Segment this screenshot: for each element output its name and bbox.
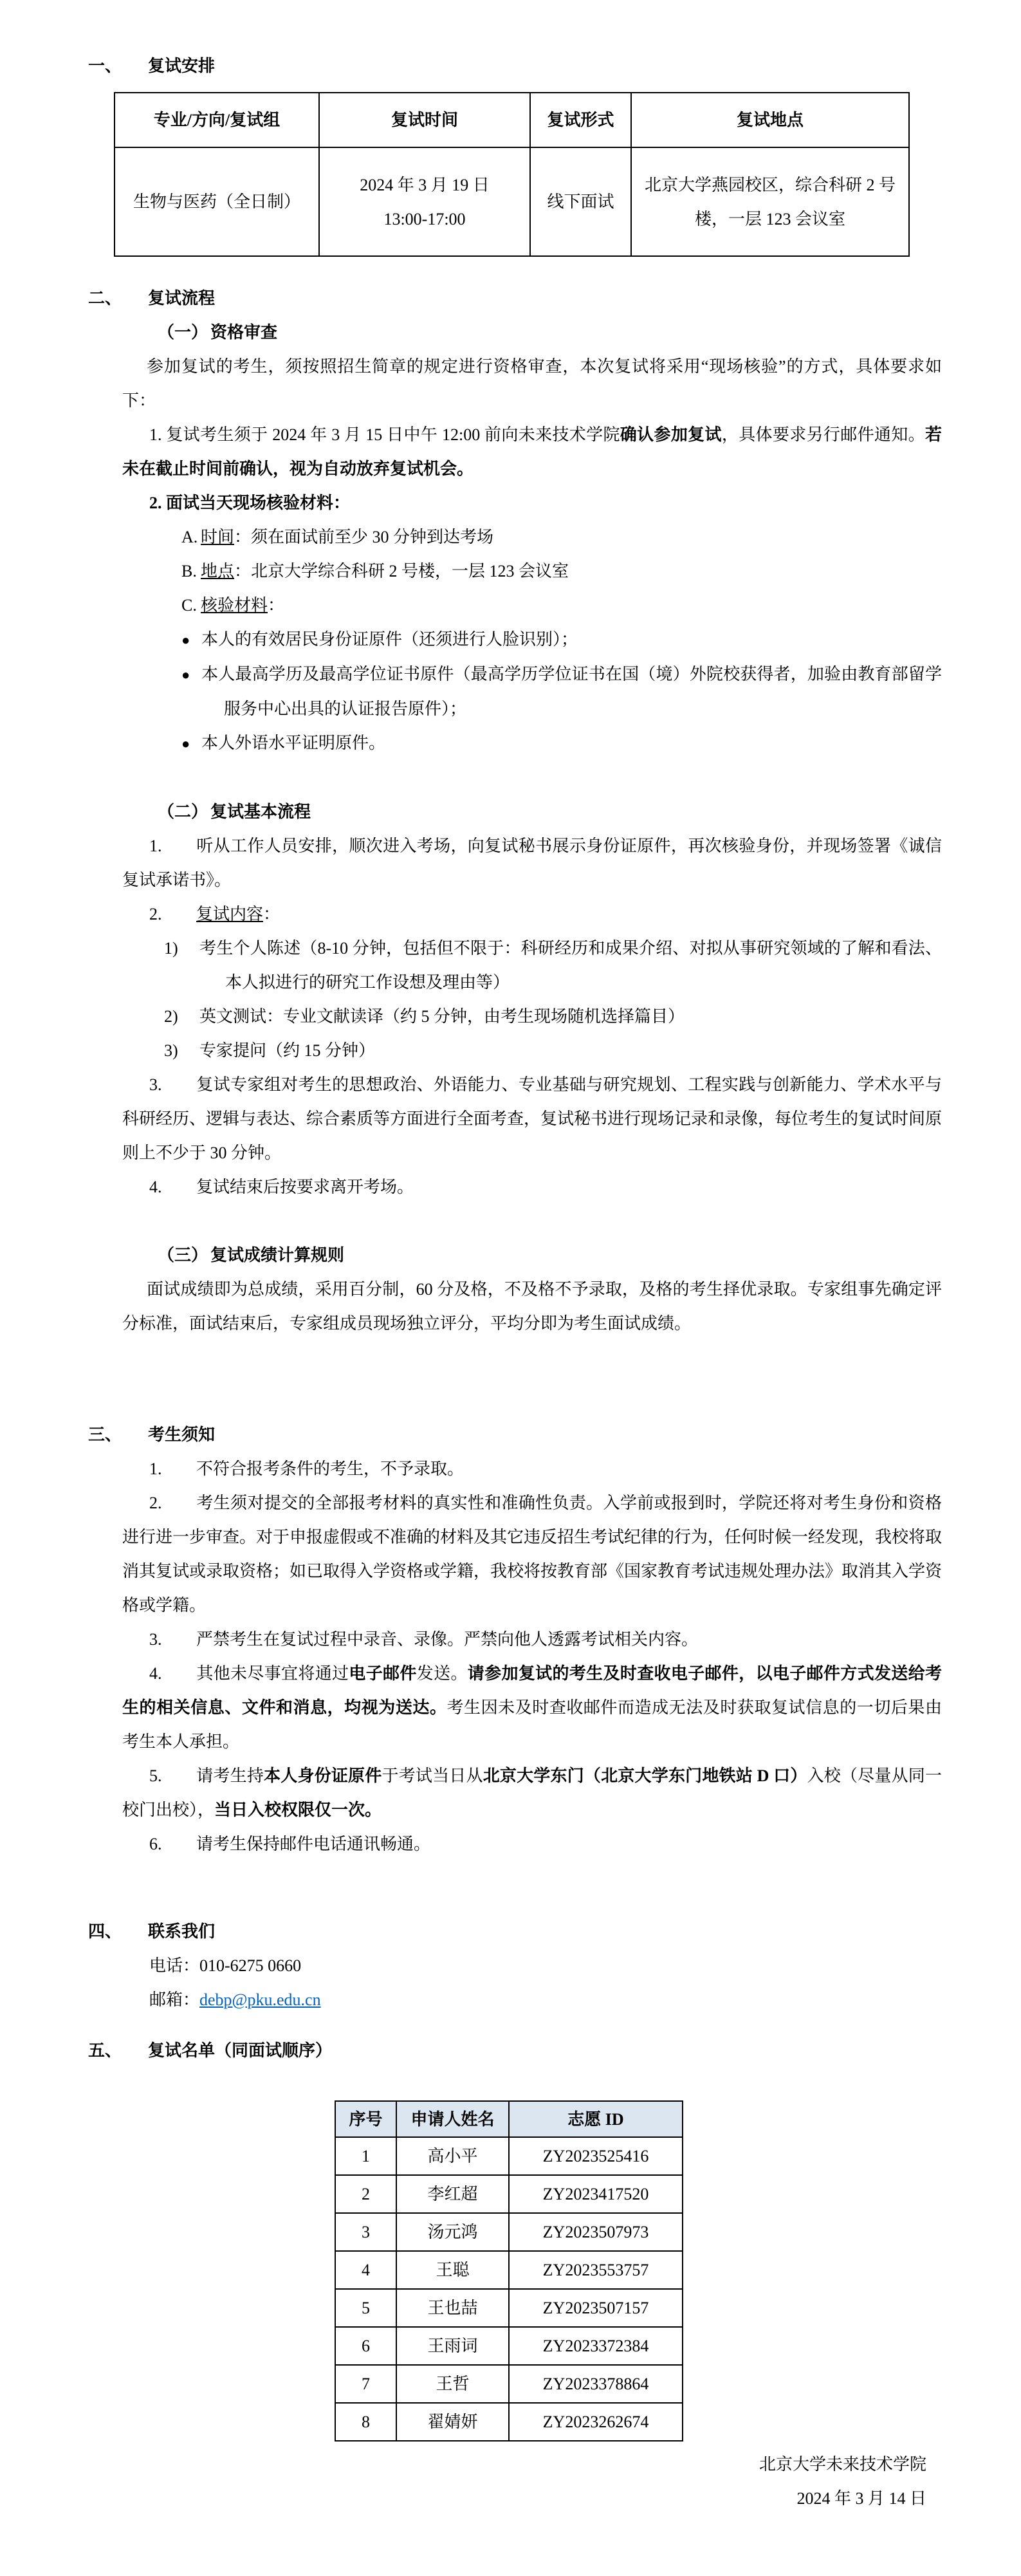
subheading-title: 资格审查 xyxy=(210,323,277,342)
table-header-row: 专业/方向/复试组 复试时间 复试形式 复试地点 xyxy=(115,93,909,147)
cell-id: ZY2023553757 xyxy=(509,2251,683,2289)
table-row: 生物与医药（全日制） 2024 年 3 月 19 日 13:00-17:00 线… xyxy=(115,147,909,256)
table-row: 3 汤元鸿 ZY2023507973 xyxy=(335,2213,683,2251)
subheading-number: （一） xyxy=(158,315,210,349)
item-text: 严禁考生在复试过程中录音、录像。严禁向他人透露考试相关内容。 xyxy=(196,1630,698,1649)
content-subitem-3: 3)专家提问（约 15 分钟） xyxy=(164,1033,942,1068)
heading-number: 三、 xyxy=(88,1418,148,1452)
interview-schedule-table: 专业/方向/复试组 复试时间 复试形式 复试地点 生物与医药（全日制） 2024… xyxy=(114,92,910,257)
table-row: 5 王也喆 ZY2023507157 xyxy=(335,2289,683,2327)
heading-interview-list: 五、复试名单（同面试顺序） xyxy=(88,2034,1021,2068)
subheading-qualification-review: （一）资格审查 xyxy=(158,315,1021,349)
item-text-bold: 电子邮件 xyxy=(349,1664,416,1683)
notice-item-5: 5.请考生持本人身份证原件于考试当日从北京大学东门（北京大学东门地铁站 D 口）… xyxy=(122,1759,942,1827)
material-bullet-3: ●本人外语水平证明原件。 xyxy=(181,726,942,761)
table-header-row: 序号 申请人姓名 志愿 ID xyxy=(335,2101,683,2137)
heading-contact-us: 四、联系我们 xyxy=(88,1914,1021,1949)
item-text-bold: 北京大学东门（北京大学东门地铁站 D 口） xyxy=(483,1766,807,1785)
footer-date: 2024 年 3 月 14 日 xyxy=(0,2481,926,2516)
cell-no: 4 xyxy=(335,2251,396,2289)
qualification-intro-paragraph: 参加复试的考生，须按照招生简章的规定进行资格审查，本次复试将采用“现场核验”的方… xyxy=(122,349,942,418)
process-item-3: 3.复试专家组对考生的思想政治、外语能力、专业基础与研究规划、工程实践与创新能力… xyxy=(122,1068,942,1170)
heading-title: 考生须知 xyxy=(148,1425,215,1444)
cell-no: 6 xyxy=(335,2327,396,2365)
item-text: 复试专家组对考生的思想政治、外语能力、专业基础与研究规划、工程实践与创新能力、学… xyxy=(122,1075,942,1162)
contact-email-line: 邮箱：debp@pku.edu.cn xyxy=(149,1983,1021,2017)
item-text: ：须在面试前至少 30 分钟到达考场 xyxy=(234,528,493,546)
item-marker: A. xyxy=(181,520,201,554)
material-bullet-2: ●本人最高学历及最高学位证书原件（最高学历学位证书在国（境）外院校获得者，加验由… xyxy=(181,657,942,726)
table-row: 4 王聪 ZY2023553757 xyxy=(335,2251,683,2289)
notice-item-3: 3.严禁考生在复试过程中录音、录像。严禁向他人透露考试相关内容。 xyxy=(122,1622,942,1656)
cell-id: ZY2023372384 xyxy=(509,2327,683,2365)
item-label: 地点 xyxy=(201,562,234,580)
cell-id: ZY2023417520 xyxy=(509,2175,683,2213)
score-rule-paragraph: 面试成绩即为总成绩，采用百分制，60 分及格，不及格不予录取，及格的考生择优录取… xyxy=(122,1272,942,1340)
interview-hours: 13:00-17:00 xyxy=(320,202,529,236)
table-row: 8 翟婧妍 ZY2023262674 xyxy=(335,2403,683,2441)
contact-phone-line: 电话：010-6275 0660 xyxy=(149,1949,1021,1983)
notice-item-2: 2.考生须对提交的全部报考材料的真实性和准确性负责。入学前或报到时，学院还将对考… xyxy=(122,1486,942,1622)
phone-label: 电话： xyxy=(149,1956,199,1975)
col-header-program: 专业/方向/复试组 xyxy=(115,93,319,147)
item-text: 考生个人陈述（8-10 分钟，包括但不限于：科研经历和成果介绍、对拟从事研究领域… xyxy=(199,939,942,992)
cell-no: 2 xyxy=(335,2175,396,2213)
candidate-list-table: 序号 申请人姓名 志愿 ID 1 高小平 ZY2023525416 2 李红超 … xyxy=(335,2100,683,2442)
cell-name: 汤元鸿 xyxy=(396,2213,509,2251)
spacer xyxy=(0,761,1021,795)
col-header-time: 复试时间 xyxy=(319,93,530,147)
item-marker: 3. xyxy=(149,1068,196,1102)
document-page: 一、复试安排 专业/方向/复试组 复试时间 复试形式 复试地点 生物与医药（全日… xyxy=(0,0,1021,2576)
item-text: 英文测试：专业文献读译（约 5 分钟，由考生现场随机选择篇目） xyxy=(199,1007,685,1026)
item-label: 复试内容 xyxy=(196,905,263,923)
cell-name: 高小平 xyxy=(396,2137,509,2175)
item-marker: 3. xyxy=(149,1622,196,1656)
notice-item-1: 1.不符合报考条件的考生，不予录取。 xyxy=(122,1452,942,1486)
interview-location: 北京大学燕园校区，综合科研 2 号楼，一层 123 会议室 xyxy=(632,168,908,236)
qualification-item-1: 1. 复试考生须于 2024 年 3 月 15 日中午 12:00 前向未来技术… xyxy=(122,418,942,486)
col-header-no: 序号 xyxy=(335,2101,396,2137)
subheading-score-rule: （三）复试成绩计算规则 xyxy=(158,1238,1021,1272)
email-link[interactable]: debp@pku.edu.cn xyxy=(199,1990,321,2009)
heading-number: 一、 xyxy=(88,49,148,83)
bullet-icon: ● xyxy=(181,727,201,761)
item-text: 不符合报考条件的考生，不予录取。 xyxy=(196,1459,464,1478)
cell-program: 生物与医药（全日制） xyxy=(115,147,319,256)
spacer xyxy=(0,1861,1021,1914)
cell-format: 线下面试 xyxy=(530,147,631,256)
cell-id: ZY2023525416 xyxy=(509,2137,683,2175)
check-item-place: B.地点：北京大学综合科研 2 号楼，一层 123 会议室 xyxy=(181,554,1021,588)
subheading-title: 复试基本流程 xyxy=(210,802,311,821)
col-header-name: 申请人姓名 xyxy=(396,2101,509,2137)
content-subitem-1: 1)考生个人陈述（8-10 分钟，包括但不限于：科研经历和成果介绍、对拟从事研究… xyxy=(164,931,942,999)
bullet-text: 本人的有效居民身份证原件（还须进行人脸识别）； xyxy=(201,630,578,649)
cell-location: 北京大学燕园校区，综合科研 2 号楼，一层 123 会议室 xyxy=(631,147,909,256)
heading-title: 复试安排 xyxy=(148,57,215,75)
heading-title: 复试名单（同面试顺序） xyxy=(148,2041,332,2060)
col-header-id: 志愿 ID xyxy=(509,2101,683,2137)
check-item-time: A.时间：须在面试前至少 30 分钟到达考场 xyxy=(181,520,1021,554)
item-text-bold: 本人身份证原件 xyxy=(264,1766,382,1785)
item-label: 核验材料 xyxy=(201,596,268,615)
bullet-text: 本人最高学历及最高学位证书原件（最高学历学位证书在国（境）外院校获得者，加验由教… xyxy=(201,665,942,718)
material-bullet-1: ●本人的有效居民身份证原件（还须进行人脸识别）； xyxy=(181,622,942,657)
heading-title: 复试流程 xyxy=(148,289,215,308)
item-marker: C. xyxy=(181,588,201,622)
item-marker: 2. xyxy=(149,1486,196,1520)
bullet-text: 本人外语水平证明原件。 xyxy=(201,734,385,752)
cell-id: ZY2023378864 xyxy=(509,2365,683,2403)
item-marker: 2. xyxy=(149,494,162,512)
item-text: 考生须对提交的全部报考材料的真实性和准确性负责。入学前或报到时，学院还将对考生身… xyxy=(122,1494,942,1615)
cell-name: 王雨词 xyxy=(396,2327,509,2365)
item-marker: 2. xyxy=(149,897,196,931)
interview-date: 2024 年 3 月 19 日 xyxy=(320,168,529,202)
table-row: 6 王雨词 ZY2023372384 xyxy=(335,2327,683,2365)
spacer xyxy=(0,2017,1021,2034)
item-marker: 4. xyxy=(149,1656,196,1691)
cell-no: 8 xyxy=(335,2403,396,2441)
item-label: 时间 xyxy=(201,528,234,546)
spacer xyxy=(0,1340,1021,1418)
col-header-format: 复试形式 xyxy=(530,93,631,147)
item-marker: 2) xyxy=(164,999,199,1033)
cell-no: 3 xyxy=(335,2213,396,2251)
item-text: ： xyxy=(268,596,284,615)
item-text-bold: 确认参加复试 xyxy=(620,425,722,444)
notice-item-4: 4.其他未尽事宜将通过电子邮件发送。请参加复试的考生及时查收电子邮件，以电子邮件… xyxy=(122,1656,942,1759)
heading-number: 五、 xyxy=(88,2034,148,2068)
item-text: 请考生保持邮件电话通讯畅通。 xyxy=(196,1835,430,1853)
item-text: 听从工作人员安排，顺次进入考场，向复试秘书展示身份证原件，再次核验身份，并现场签… xyxy=(122,837,942,889)
item-marker: 6. xyxy=(149,1827,196,1861)
heading-interview-arrangement: 一、复试安排 xyxy=(88,49,1021,83)
table-row: 2 李红超 ZY2023417520 xyxy=(335,2175,683,2213)
cell-no: 5 xyxy=(335,2289,396,2327)
subheading-number: （二） xyxy=(158,795,210,829)
item-text: 发送。 xyxy=(417,1664,468,1683)
email-label: 邮箱： xyxy=(149,1990,199,2009)
content-subitem-2: 2)英文测试：专业文献读译（约 5 分钟，由考生现场随机选择篇目） xyxy=(164,999,942,1033)
item-marker: 4. xyxy=(149,1170,196,1204)
item-text: ： xyxy=(263,905,280,923)
subheading-title: 复试成绩计算规则 xyxy=(210,1246,344,1265)
cell-name: 李红超 xyxy=(396,2175,509,2213)
process-item-1: 1.听从工作人员安排，顺次进入考场，向复试秘书展示身份证原件，再次核验身份，并现… xyxy=(122,829,942,897)
bullet-icon: ● xyxy=(181,623,201,657)
item-marker: 1. xyxy=(149,1452,196,1486)
document-footer: 北京大学未来技术学院 2024 年 3 月 14 日 xyxy=(0,2447,926,2516)
item-marker: 1) xyxy=(164,931,199,965)
heading-number: 四、 xyxy=(88,1914,148,1949)
cell-id: ZY2023507157 xyxy=(509,2289,683,2327)
col-header-location: 复试地点 xyxy=(631,93,909,147)
table-row: 7 王哲 ZY2023378864 xyxy=(335,2365,683,2403)
qualification-item-2: 2. 面试当天现场核验材料： xyxy=(122,486,942,520)
item-text: 专家提问（约 15 分钟） xyxy=(199,1041,375,1060)
item-text: 请考生持 xyxy=(196,1766,264,1785)
check-item-materials: C.核验材料： xyxy=(181,588,1021,622)
cell-name: 王哲 xyxy=(396,2365,509,2403)
cell-no: 7 xyxy=(335,2365,396,2403)
heading-title: 联系我们 xyxy=(148,1922,215,1941)
heading-candidate-notice: 三、考生须知 xyxy=(88,1418,1021,1452)
item-text: ，具体要求另行邮件通知。 xyxy=(722,425,925,444)
spacer xyxy=(0,1204,1021,1238)
item-marker: B. xyxy=(181,554,201,588)
item-text: ：北京大学综合科研 2 号楼，一层 123 会议室 xyxy=(234,562,569,580)
item-marker: 1. xyxy=(149,425,162,444)
notice-item-6: 6.请考生保持邮件电话通讯畅通。 xyxy=(122,1827,942,1861)
process-item-4: 4.复试结束后按要求离开考场。 xyxy=(122,1170,942,1204)
bullet-icon: ● xyxy=(181,658,201,692)
cell-time: 2024 年 3 月 19 日 13:00-17:00 xyxy=(319,147,530,256)
item-marker: 5. xyxy=(149,1759,196,1793)
cell-name: 王也喆 xyxy=(396,2289,509,2327)
phone-number: 010-6275 0660 xyxy=(199,1956,301,1975)
item-text: 其他未尽事宜将通过 xyxy=(196,1664,349,1683)
heading-interview-process: 二、复试流程 xyxy=(88,281,1021,315)
cell-name: 翟婧妍 xyxy=(396,2403,509,2441)
subheading-basic-process: （二）复试基本流程 xyxy=(158,795,1021,829)
footer-signature: 北京大学未来技术学院 xyxy=(0,2447,926,2481)
subheading-number: （三） xyxy=(158,1238,210,1272)
item-text-bold: 当日入校权限仅一次。 xyxy=(214,1801,382,1819)
item-text: 面试当天现场核验材料： xyxy=(166,494,350,512)
item-text: 复试考生须于 2024 年 3 月 15 日中午 12:00 前向未来技术学院 xyxy=(166,425,620,444)
cell-id: ZY2023262674 xyxy=(509,2403,683,2441)
cell-name: 王聪 xyxy=(396,2251,509,2289)
heading-number: 二、 xyxy=(88,281,148,315)
cell-id: ZY2023507973 xyxy=(509,2213,683,2251)
item-text: 于考试当日从 xyxy=(382,1766,483,1785)
table-row: 1 高小平 ZY2023525416 xyxy=(335,2137,683,2175)
item-marker: 3) xyxy=(164,1033,199,1068)
cell-no: 1 xyxy=(335,2137,396,2175)
item-text: 复试结束后按要求离开考场。 xyxy=(196,1178,414,1196)
process-item-2: 2.复试内容： xyxy=(122,897,942,931)
item-marker: 1. xyxy=(149,829,196,863)
